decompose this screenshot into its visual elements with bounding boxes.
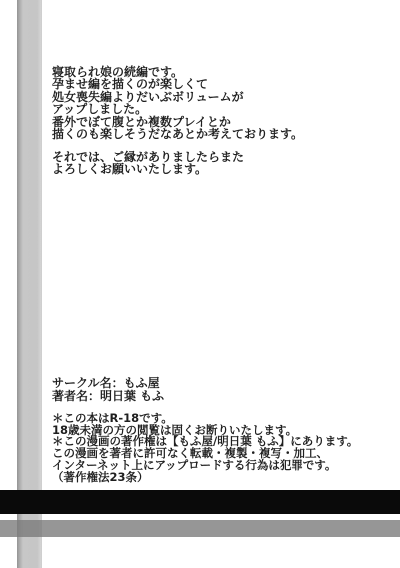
afterword-paragraph-2: それでは、ご縁がありましたらまた よろしくお願いいたします。 <box>52 151 244 176</box>
doujin-afterword-page: 寝取られ娘の続編です。 孕ませ編を描くのが楽しくて 処女喪失編よりだいぶボリュー… <box>0 0 400 568</box>
bottom-black-bar <box>0 490 400 514</box>
credits-block: サークル名：もふ屋 著者名：明日葉 もふ <box>52 377 164 402</box>
left-margin-bar <box>17 0 42 568</box>
afterword-line: 孕ませ編を描くのが楽しくて <box>52 78 303 90</box>
afterword-line: 描くのも楽しそうだなあとか考えております。 <box>52 128 303 140</box>
afterword-paragraph-1: 寝取られ娘の続編です。 孕ませ編を描くのが楽しくて 処女喪失編よりだいぶボリュー… <box>52 66 303 140</box>
afterword-line: よろしくお願いいたします。 <box>52 163 244 175</box>
afterword-line: アップしました。 <box>52 103 303 115</box>
bottom-gray-bar <box>0 520 400 537</box>
author-name-line: 著者名：明日葉 もふ <box>52 390 164 403</box>
circle-name-line: サークル名：もふ屋 <box>52 377 164 390</box>
copyright-notice-block: ＊この本はR-18です。 18歳未満の方の閲覧は固くお断りいたします。 ＊この漫… <box>52 413 358 483</box>
notice-line: （著作権法23条） <box>52 472 358 484</box>
